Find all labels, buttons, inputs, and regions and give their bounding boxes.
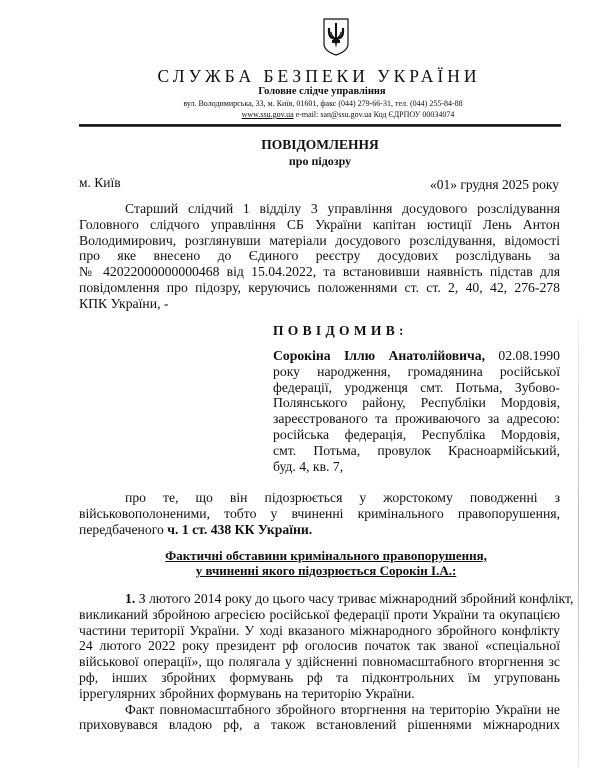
- paragraph-line: іррегулярних збройних формувань на терит…: [79, 686, 560, 702]
- paragraph-line: про яке внесено до Єдиного реєстру досуд…: [79, 248, 560, 264]
- charge-prefix: передбаченого: [79, 522, 167, 537]
- paragraph-line: приховувався владою рф, а також встановл…: [79, 717, 560, 733]
- paragraph-line: частини території України. У ході вказан…: [79, 623, 560, 639]
- suspect-line: російська федерація, Республіка Мордовія…: [273, 427, 560, 443]
- paragraph-line: рф, інших збройних формувань рф та підко…: [79, 670, 560, 686]
- suspect-line: року народження, громадянина російської: [273, 364, 560, 380]
- intro-paragraph: Старший слідчий 1 відділу 3 управління д…: [79, 201, 560, 312]
- email-edrpou: e-mail: san@ssu.gov.ua Код ЄДРПОУ 000340…: [294, 110, 455, 119]
- suspect-name: Сорокіна Іллю Анатолійовича,: [273, 348, 485, 363]
- suspect-line: буд. 4, кв. 7,: [273, 459, 560, 475]
- paragraph-line: передбаченого ч. 1 ст. 438 КК України.: [79, 522, 560, 538]
- address-line: вул. Володимирська, 33, м. Київ, 01601, …: [0, 99, 598, 108]
- document-subtitle: про підозру: [0, 154, 598, 169]
- paragraph-line: про те, що він підозрюється у жорстокому…: [79, 490, 560, 506]
- suspect-line: смт. Потьма, провулок Красноармійський,: [273, 443, 560, 459]
- paragraph-line: Головного слідчого управління СБ України…: [79, 217, 560, 233]
- department-name: Головне слідче управління: [0, 86, 598, 97]
- suspect-line: Полянського району, Республіки Мордовія,: [273, 395, 560, 411]
- paragraph-line: Факт повномасштабного збройного вторгнен…: [79, 702, 560, 718]
- paragraph-line: Володимирович, розглянувши матеріали дос…: [79, 233, 560, 249]
- facts-heading-line: Фактичні обставини кримінального правопо…: [54, 548, 598, 563]
- suspect-birth-date: 02.08.1990: [485, 348, 560, 363]
- paragraph-text: З лютого 2014 року до цього часу триває …: [135, 591, 573, 606]
- criminal-article: ч. 1 ст. 438 КК України.: [167, 522, 312, 537]
- paragraph-line: військової операції», що полягала у здій…: [79, 654, 560, 670]
- paragraph-line: Старший слідчий 1 відділу 3 управління д…: [79, 201, 560, 217]
- paragraph-line: № 42022000000000468 від 15.04.2022, та в…: [79, 264, 560, 280]
- document-title: ПОВІДОМЛЕННЯ: [0, 137, 598, 153]
- suspect-line: зареєстрованого та проживаючого за адрес…: [273, 411, 560, 427]
- organization-name: СЛУЖБА БЕЗПЕКИ УКРАЇНИ: [0, 66, 598, 87]
- charge-paragraph: про те, що він підозрюється у жорстокому…: [79, 490, 560, 537]
- notified-heading: ПОВІДОМИВ:: [273, 323, 408, 339]
- paragraph-line: 24 лютого 2022 року президент рф оголоси…: [79, 638, 560, 654]
- document-date: «01» грудня 2025 року: [430, 177, 559, 193]
- contacts-line: www.ssu.gov.ua e-mail: san@ssu.gov.ua Ко…: [0, 110, 598, 119]
- page-edge-shadow: [578, 318, 579, 768]
- suspect-line: федерації, уродженця смт. Потьма, Зубово…: [273, 380, 560, 396]
- paragraph-line: повідомлення про підозру, керуючись поло…: [79, 280, 560, 296]
- paragraph-line: викликаний збройною агресією російської …: [79, 607, 560, 623]
- suspect-name-line: Сорокіна Іллю Анатолійовича, 02.08.1990: [273, 348, 560, 364]
- suspect-block: Сорокіна Іллю Анатолійовича, 02.08.1990 …: [273, 348, 560, 474]
- facts-paragraph: 1. З лютого 2014 року до цього часу трив…: [79, 591, 560, 733]
- document-page: СЛУЖБА БЕЗПЕКИ УКРАЇНИ Головне слідче уп…: [0, 0, 598, 769]
- paragraph-line: військовополоненими, тобто у вчиненні кр…: [79, 506, 560, 522]
- paragraph-line: КПК України, -: [79, 296, 560, 312]
- document-city: м. Київ: [79, 175, 121, 191]
- paragraph-number: 1.: [125, 591, 135, 606]
- facts-heading-line: у вчиненні якого підозрюється Сорокін І.…: [54, 563, 598, 578]
- paragraph-line: 1. З лютого 2014 року до цього часу трив…: [79, 591, 560, 607]
- trident-emblem-icon: [323, 18, 349, 56]
- letterhead-divider: [79, 124, 561, 127]
- facts-heading: Фактичні обставини кримінального правопо…: [0, 548, 598, 578]
- website-link[interactable]: www.ssu.gov.ua: [242, 110, 294, 119]
